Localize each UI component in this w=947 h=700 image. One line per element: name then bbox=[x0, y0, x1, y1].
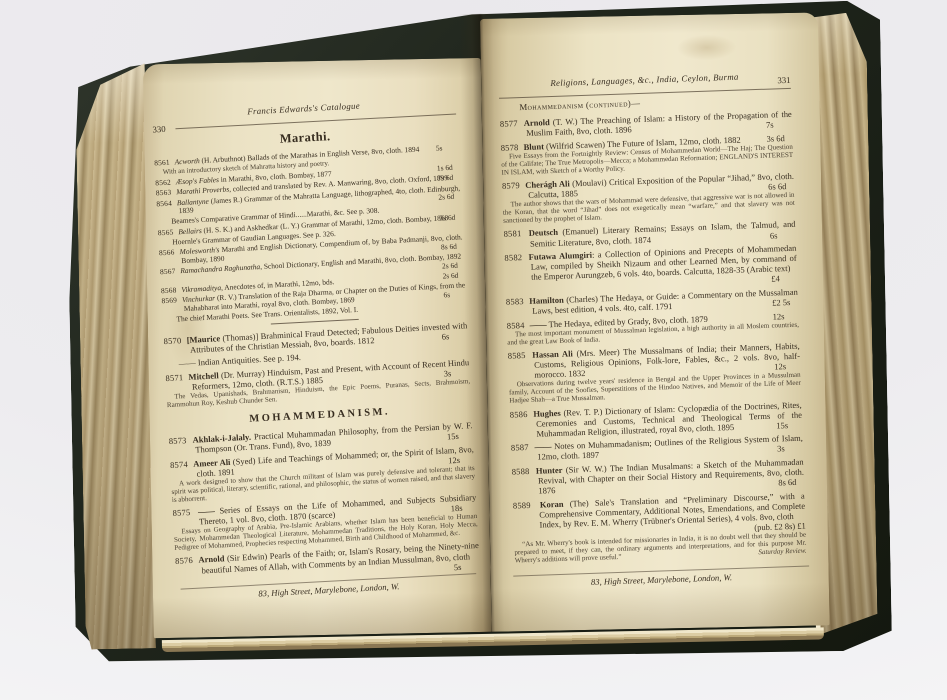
entry-author: Futawa Alumgiri bbox=[529, 250, 593, 262]
entry-number: 8588 bbox=[512, 466, 533, 477]
page-number-right: 331 bbox=[777, 75, 791, 85]
entry-number: 8586 bbox=[510, 408, 531, 419]
entry-number: 8587 bbox=[511, 442, 532, 453]
entry-price: 3s 6d bbox=[782, 133, 792, 143]
entry-author: Blunt bbox=[523, 141, 544, 152]
entry-price: 15s bbox=[792, 419, 802, 429]
entry-number: 8573 bbox=[169, 435, 190, 446]
entry-number: 8562 bbox=[155, 178, 174, 188]
entry-author: Deutsch bbox=[529, 227, 559, 238]
entry-author: Vinchurkar bbox=[182, 293, 216, 304]
entry-number: 8585 bbox=[508, 350, 529, 361]
book-photo: Francis Edwards's Catalogue 330 Marathi.… bbox=[0, 0, 947, 700]
entry-price: 3s bbox=[793, 443, 803, 453]
entry-number: 8574 bbox=[170, 459, 191, 470]
entry-price: 5s bbox=[448, 143, 458, 152]
entry-price: 6s bbox=[455, 290, 465, 299]
entry-author: Ballantyne bbox=[177, 196, 209, 207]
entry-author: Arnold bbox=[524, 117, 550, 128]
entry-author: —— bbox=[530, 319, 547, 330]
entry-author: Ameer Ali bbox=[193, 456, 231, 468]
entry-text: 8588 Hunter (Sir W. W.) The Indian Musal… bbox=[512, 457, 805, 497]
entry-author: Akhlak-i-Jalaly. bbox=[192, 432, 251, 445]
entry-number: 8568 bbox=[161, 285, 180, 295]
entry-number: 8582 bbox=[504, 252, 525, 263]
entry-price: 2s 6d bbox=[454, 261, 464, 270]
entry-author: Hunter bbox=[536, 465, 563, 476]
entry-price: 3s 6d bbox=[451, 213, 461, 222]
entry-author: Mitchell bbox=[188, 370, 219, 382]
entry-price: £4 bbox=[787, 273, 797, 283]
entry-price: 18s bbox=[466, 502, 477, 513]
entry-author: Bellairs bbox=[178, 226, 202, 236]
entry-price: 12s bbox=[788, 310, 798, 320]
divider-rule bbox=[271, 319, 359, 325]
entry-number: 8566 bbox=[159, 247, 178, 257]
book: Francis Edwards's Catalogue 330 Marathi.… bbox=[64, 0, 892, 666]
entry-price: 15s bbox=[463, 430, 474, 441]
entry-price: 2s 6d bbox=[454, 271, 464, 280]
page-number-left: 330 bbox=[152, 124, 166, 135]
footer-right: 83, High Street, Marylebone, London, W. bbox=[513, 566, 809, 590]
left-page-content: Francis Edwards's Catalogue 330 Marathi.… bbox=[143, 58, 492, 638]
entry-number: 8581 bbox=[503, 228, 524, 239]
entry-author: Æsop's Fables bbox=[175, 175, 219, 186]
entry-number: 8567 bbox=[160, 266, 179, 276]
entry-number: 8584 bbox=[507, 320, 528, 331]
catalogue-entry: 8582 Futawa Alumgiri: a Collection of Op… bbox=[504, 243, 797, 293]
entry-number: 8589 bbox=[513, 500, 534, 511]
entry-number: 8569 bbox=[161, 295, 180, 305]
entry-author: Cherágh Ali bbox=[525, 178, 570, 190]
right-page-content: Religions, Languages, &c., India, Ceylon… bbox=[480, 12, 830, 631]
entry-author: —— bbox=[534, 442, 551, 453]
entry-number: 8577 bbox=[500, 118, 521, 129]
entry-author: Molesworth's bbox=[179, 245, 219, 256]
entry-author: [Maurice bbox=[186, 333, 220, 345]
catalogue-entry: 8578 Blunt (Wilfrid Scawen) The Future o… bbox=[501, 133, 794, 178]
entry-price: 7s bbox=[782, 119, 792, 129]
entry-price: 6s 6d bbox=[784, 181, 794, 191]
entry-price: 12s bbox=[464, 454, 475, 465]
entry-author: Hughes bbox=[533, 407, 561, 418]
review-source: Saturday Review. bbox=[742, 548, 806, 558]
entry-author: Arnold bbox=[198, 554, 224, 565]
entry-number: 8570 bbox=[163, 335, 184, 346]
entry-price: (pub. £2 8s) £1 bbox=[770, 521, 806, 532]
entry-price: 12s bbox=[790, 361, 800, 371]
entry-price: 2s 6d bbox=[450, 193, 460, 202]
entry-price: 8s 6d bbox=[453, 242, 463, 251]
entry-author: Hamilton bbox=[529, 295, 564, 306]
entry-number: 8564 bbox=[156, 198, 175, 208]
catalogue-entry: 8585 Hassan Ali (Mrs. Meer) The Mussalma… bbox=[508, 341, 802, 406]
entry-text: 8586 Hughes (Rev. T. P.) Dictionary of I… bbox=[510, 399, 803, 439]
catalogue-entry: 8586 Hughes (Rev. T. P.) Dictionary of I… bbox=[510, 399, 803, 439]
right-page: Religions, Languages, &c., India, Ceylon… bbox=[480, 12, 830, 631]
catalogue-entry: 8579 Cherágh Ali (Moulavi) Critical Expo… bbox=[502, 171, 795, 226]
entry-number: 8578 bbox=[501, 142, 522, 153]
entry-number: 8576 bbox=[175, 555, 196, 566]
entry-text: 8582 Futawa Alumgiri: a Collection of Op… bbox=[504, 243, 797, 293]
entry-number: 8571 bbox=[165, 372, 186, 383]
entry-author: Vikramaditya bbox=[181, 283, 221, 294]
entry-author: Hassan Ali bbox=[532, 348, 573, 359]
entry-number: 8575 bbox=[172, 507, 193, 518]
imprint-address-right: 83, High Street, Marylebone, London, W. bbox=[513, 569, 809, 589]
entry-author: —— bbox=[198, 506, 216, 517]
left-page-entries: Marathi.8561 Acworth (H. Arbuthnot) Ball… bbox=[153, 123, 480, 587]
entry-price: 8s 6d bbox=[794, 477, 804, 487]
entry-price: 6s bbox=[457, 330, 468, 341]
running-head-right: Religions, Languages, &c., India, Ceylon… bbox=[550, 72, 739, 88]
entry-author: Acworth bbox=[174, 156, 199, 166]
left-page: Francis Edwards's Catalogue 330 Marathi.… bbox=[143, 58, 492, 638]
entry-price: 3s bbox=[459, 367, 470, 378]
entry-number: 8565 bbox=[158, 227, 177, 237]
entry-number: 8579 bbox=[502, 180, 523, 191]
entry-price: £2 5s bbox=[788, 297, 798, 307]
entry-author: Koran bbox=[540, 499, 564, 510]
entry-number: 8561 bbox=[154, 157, 173, 167]
entry-price: 1s 6d bbox=[449, 164, 459, 173]
entry-price: 6s bbox=[786, 229, 796, 239]
catalogue-entry: 8588 Hunter (Sir W. W.) The Indian Musal… bbox=[512, 457, 805, 497]
right-page-entries: 8577 Arnold (T. W.) The Preaching of Isl… bbox=[500, 109, 807, 566]
open-spread: Francis Edwards's Catalogue 330 Marathi.… bbox=[142, 7, 830, 638]
entry-number: 8563 bbox=[156, 188, 175, 198]
entry-price: 5s bbox=[470, 561, 481, 572]
catalogue-entry: 8589 Koran (The) Sale's Translation and … bbox=[513, 490, 807, 565]
entry-price: 7s 6d bbox=[449, 174, 459, 183]
entry-number: 8583 bbox=[506, 296, 527, 307]
